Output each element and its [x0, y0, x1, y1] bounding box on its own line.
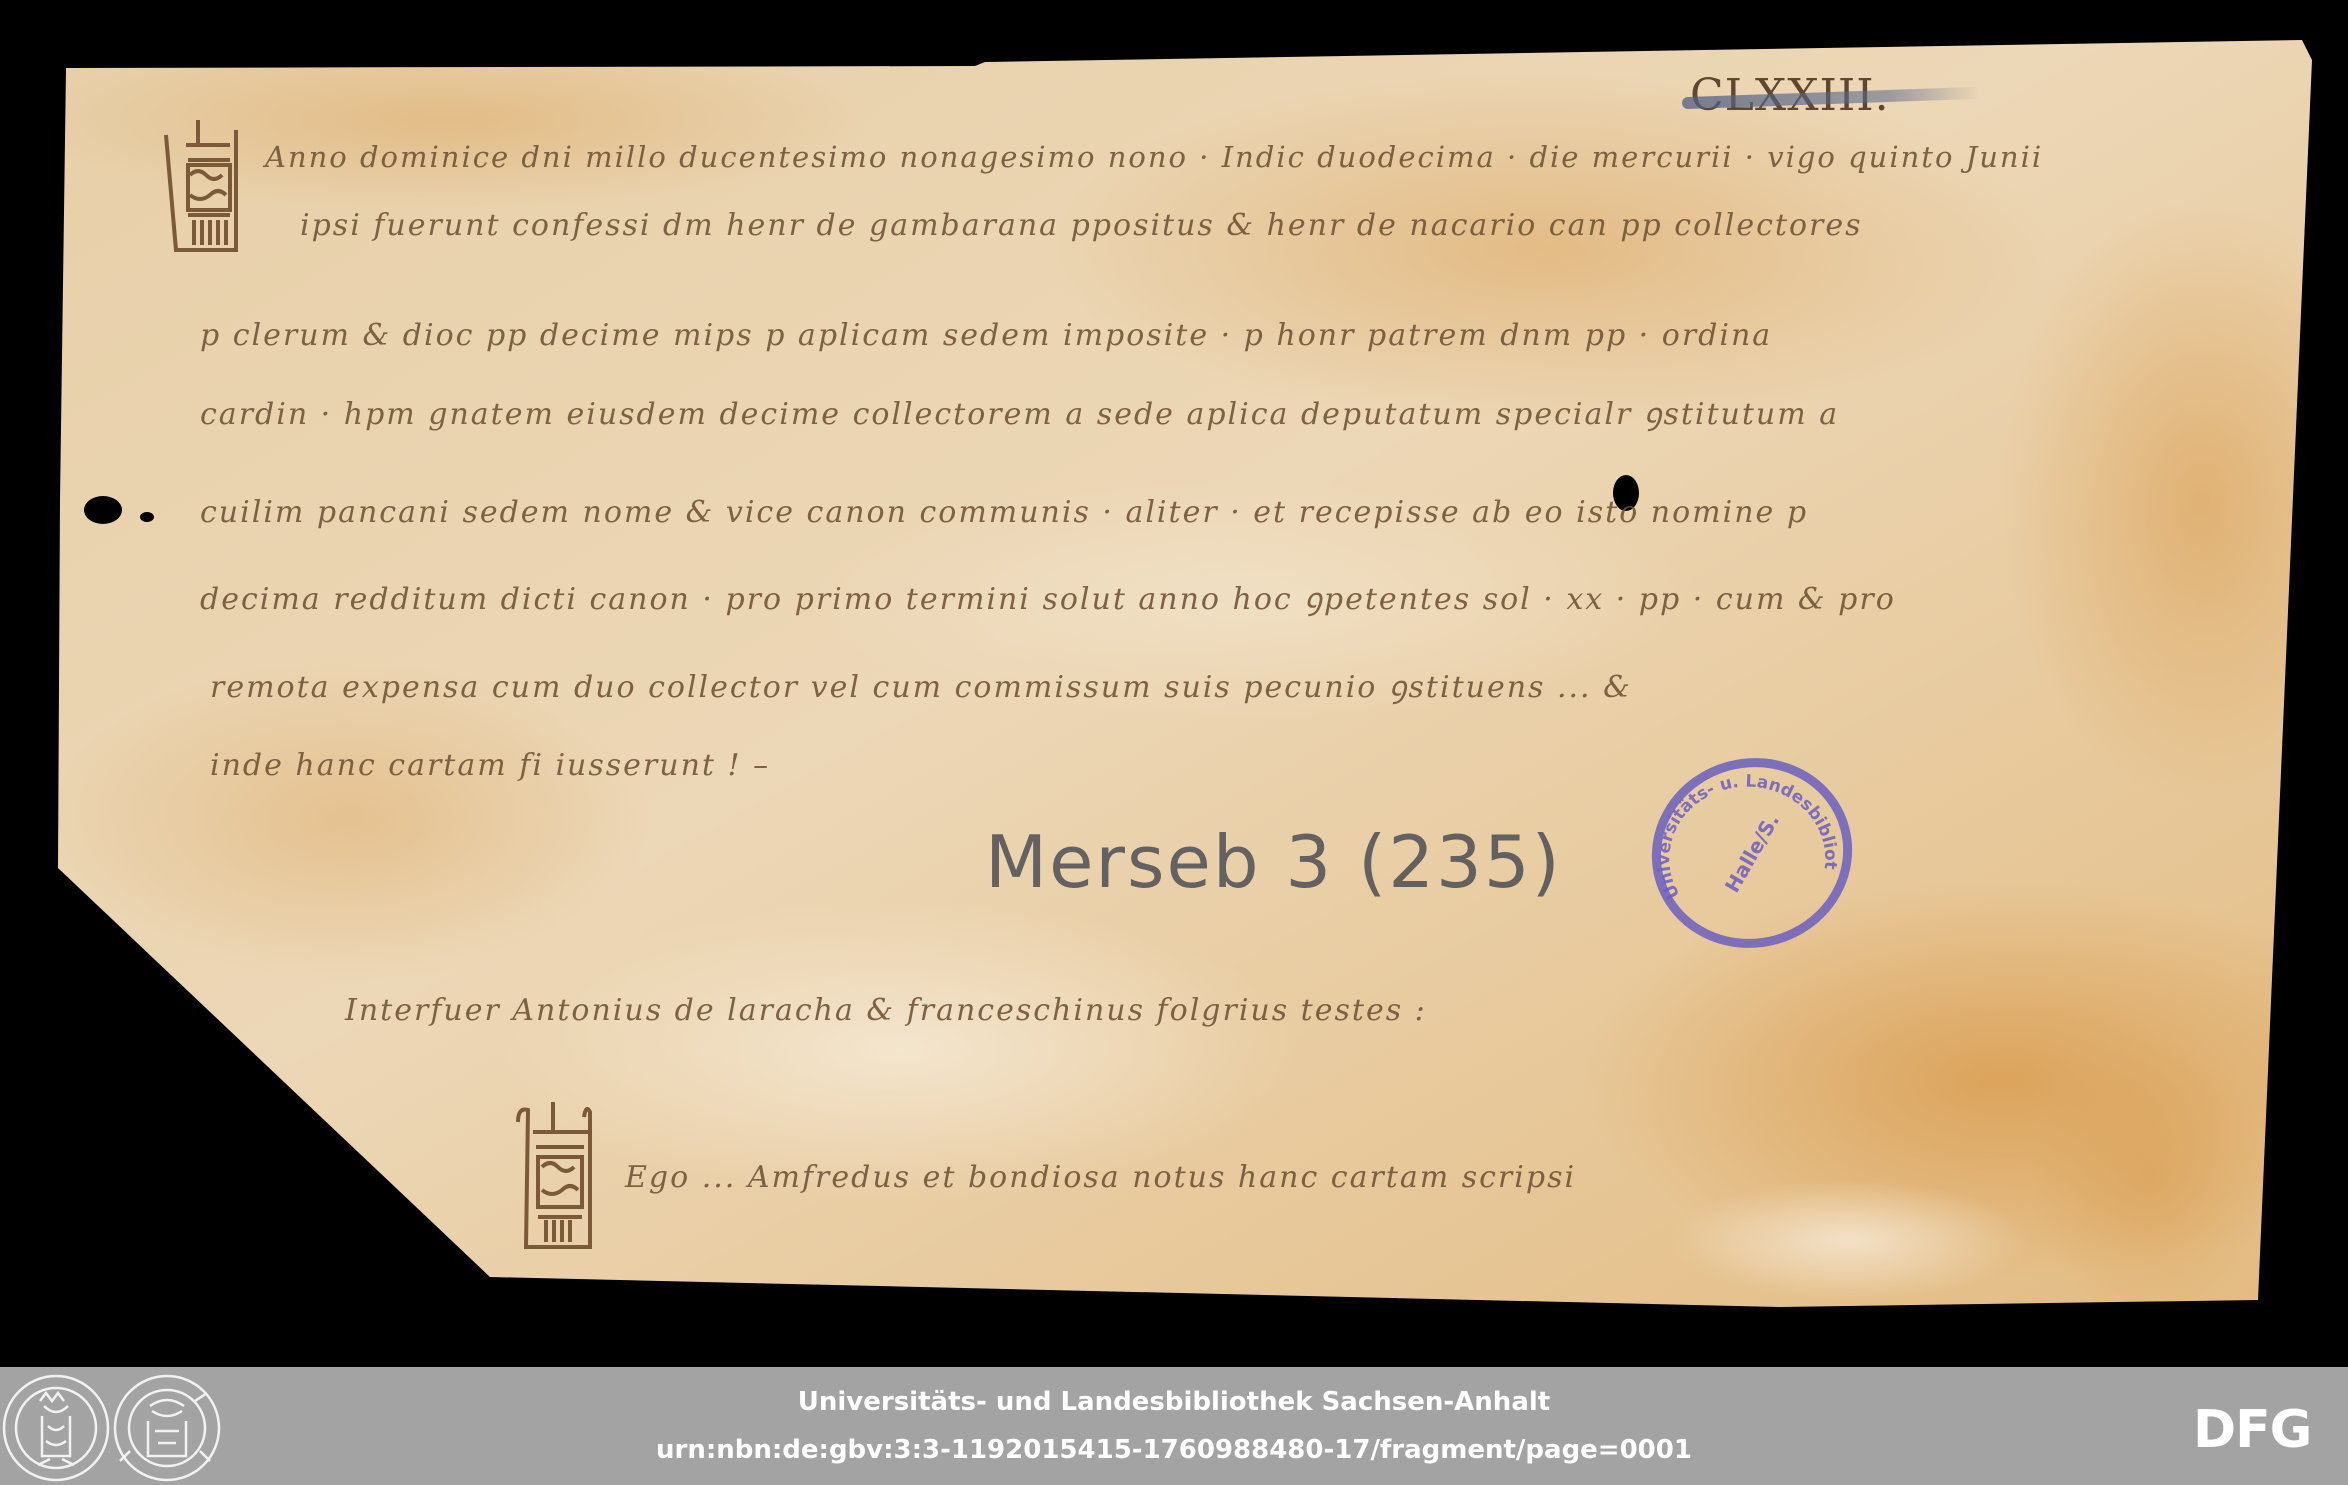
script-line-6: decima redditum dicti canon · pro primo … [200, 577, 1896, 618]
script-line-2: ipsi fuerunt confessi dm henr de gambara… [300, 208, 1863, 243]
urn-identifier[interactable]: urn:nbn:de:gbv:3:3-1192015415-1760988480… [0, 1435, 2348, 1465]
library-name: Universitäts- und Landesbibliothek Sachs… [0, 1387, 2348, 1417]
pencil-shelfmark: Merseb 3 (235) [985, 820, 1562, 904]
library-stamp-icon: Universitäts- u. Landesbibliothek Halle/… [1650, 755, 1855, 950]
script-line-5: cuilim pancani sedem nome & vice canon c… [200, 495, 1808, 530]
script-line-1: Anno dominice dni millo ducentesimo nona… [265, 140, 2043, 174]
dfg-logo: DFG [2193, 1404, 2311, 1456]
script-line-8: inde hanc cartam fi iusserunt ! – [210, 748, 770, 783]
folio-annotation: CLXXIII. [1690, 70, 1890, 121]
footer-bar: Universitäts- und Landesbibliothek Sachs… [0, 1367, 2348, 1485]
image-viewer: CLXXIII. Anno dominice dni millo ducente… [0, 0, 2348, 1367]
stamp-center-text: Halle/S. [1720, 809, 1784, 896]
script-line-3: p clerum & dioc pp decime mips p aplicam… [200, 318, 1772, 353]
notary-signet-icon [158, 115, 250, 255]
script-line-9: Interfuer Antonius de laracha & francesc… [345, 993, 1427, 1028]
script-line-7: remota expensa cum duo collector vel cum… [210, 665, 1632, 706]
script-line-4: cardin · hpm gnatem eiusdem decime colle… [200, 392, 1839, 433]
script-line-10: Ego ... Amfredus et bondiosa notus hanc … [625, 1160, 1576, 1195]
notary-signet-icon [508, 1102, 603, 1250]
